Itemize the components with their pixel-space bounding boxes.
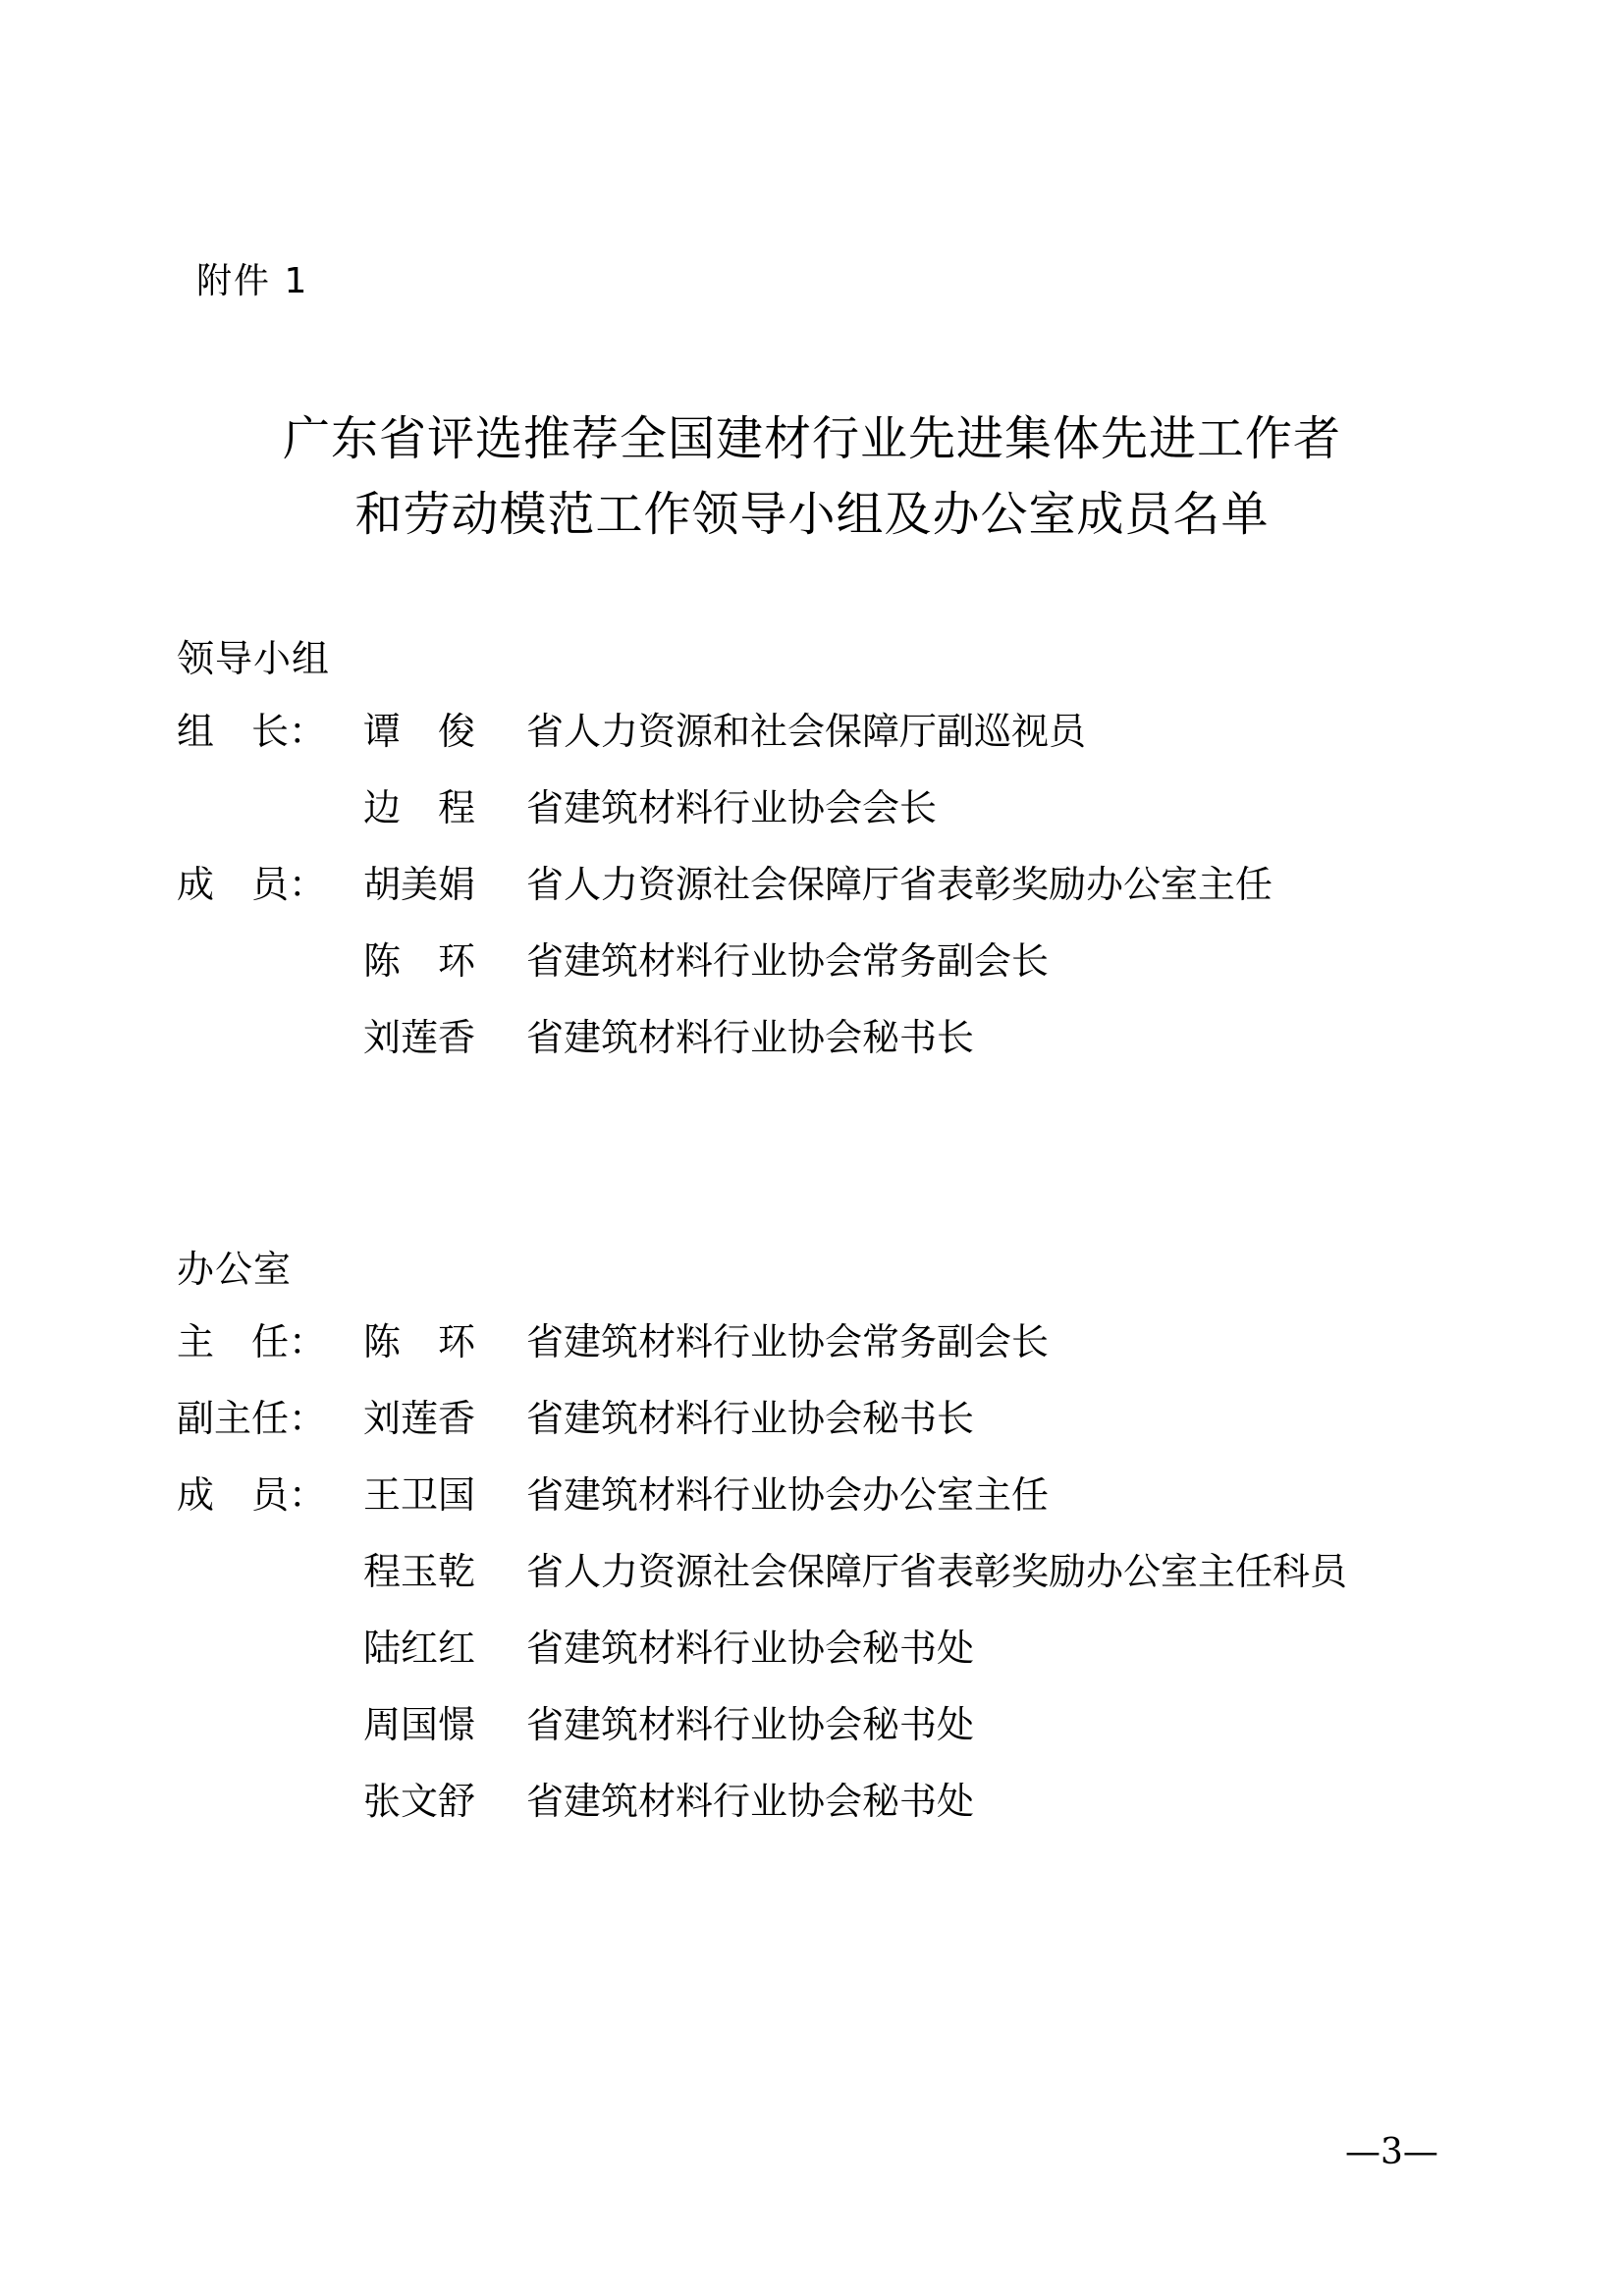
member-role: 副主任： [177,1394,353,1443]
member-position: 省建筑材料行业协会秘书处 [526,1700,974,1749]
document-title-line-2: 和劳动模范工作领导小组及办公室成员名单 [0,476,1624,544]
member-role: 成 员： [177,860,353,909]
member-name: 程玉乾 [363,1547,491,1596]
member-name: 王卫国 [363,1470,491,1520]
member-position: 省建筑材料行业协会秘书处 [526,1624,974,1673]
member-position: 省建筑材料行业协会办公室主任 [526,1470,1049,1520]
member-position: 省建筑材料行业协会常务副会长 [526,1317,1049,1366]
member-name: 胡美娟 [363,860,491,909]
member-name: 陈 环 [363,1317,491,1366]
member-role: 主 任： [177,1317,353,1366]
member-position: 省建筑材料行业协会秘书长 [526,1013,974,1062]
member-role: 组 长： [177,707,353,756]
member-name: 陈 环 [363,936,491,986]
attachment-label: 附件 1 [196,253,308,303]
member-position: 省建筑材料行业协会常务副会长 [526,936,1049,986]
document-title-line-1: 广东省评选推荐全国建材行业先进集体先进工作者 [0,400,1624,468]
section-heading-leading-group: 领导小组 [177,628,330,682]
member-name: 刘莲香 [363,1013,491,1062]
section-heading-office: 办公室 [177,1239,292,1293]
member-position: 省建筑材料行业协会秘书长 [526,1394,974,1443]
member-name: 边 程 [363,783,491,832]
member-position: 省人力资源和社会保障厅副巡视员 [526,707,1086,756]
document-page: 附件 1 广东省评选推荐全国建材行业先进集体先进工作者 和劳动模范工作领导小组及… [0,0,1624,2296]
member-name: 刘莲香 [363,1394,491,1443]
member-name: 陆红红 [363,1624,491,1673]
member-role: 成 员： [177,1470,353,1520]
member-position: 省人力资源社会保障厅省表彰奖励办公室主任科员 [526,1547,1347,1596]
page-number: —3— [1345,2132,1438,2172]
member-position: 省人力资源社会保障厅省表彰奖励办公室主任 [526,860,1272,909]
member-name: 谭 俊 [363,707,491,756]
member-name: 周国憬 [363,1700,491,1749]
member-name: 张文舒 [363,1777,491,1826]
member-position: 省建筑材料行业协会秘书处 [526,1777,974,1826]
member-position: 省建筑材料行业协会会长 [526,783,937,832]
